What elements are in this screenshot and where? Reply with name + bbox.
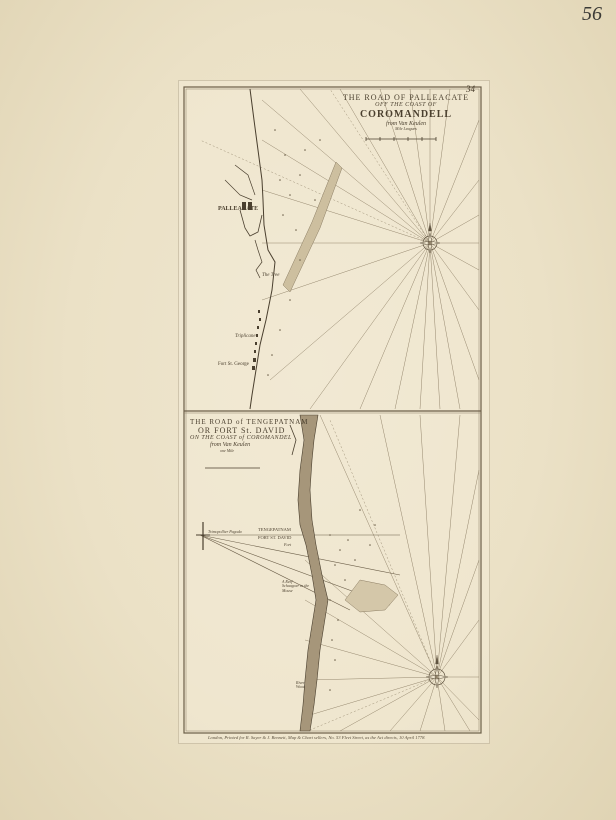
- top-scale-bar: [366, 137, 436, 141]
- label-triplicane: Triplicane: [235, 334, 256, 339]
- reef-shoal: [345, 580, 398, 612]
- label-tengepatnam: TENGEPATNAM: [258, 527, 291, 532]
- top-compass-rose: [420, 223, 440, 253]
- chart-engraving: [0, 0, 616, 820]
- label-reef: A Reef Schaagoer in the Mouse: [282, 580, 310, 593]
- top-map-title: THE ROAD OF PALLEACATE OFF THE COAST OF …: [336, 93, 476, 132]
- label-river: River Wood: [296, 681, 310, 690]
- bottom-rhumb-lines: [305, 415, 479, 731]
- label-fort: Fort: [284, 542, 291, 547]
- label-fort-st-david: FORT ST. DAVID: [258, 535, 291, 540]
- map-sheet: 56: [0, 0, 616, 820]
- label-the-tree: The Tree: [262, 273, 279, 278]
- label-palleacate: PALLEACATE: [218, 206, 258, 212]
- label-pagoda: Trimopollier Pagoda: [208, 529, 242, 534]
- imprint-line: London, Printed for R. Sayer & J. Bennet…: [208, 735, 478, 740]
- palleacate-shoal: [283, 162, 342, 292]
- label-fort-st-george: Fort St. George: [218, 362, 249, 367]
- bottom-map-title: THE ROAD of TENGEPATNAM OR FORT St. DAVI…: [186, 418, 315, 454]
- pagoda-marker: [196, 522, 210, 550]
- top-rhumb-lines: [262, 89, 479, 409]
